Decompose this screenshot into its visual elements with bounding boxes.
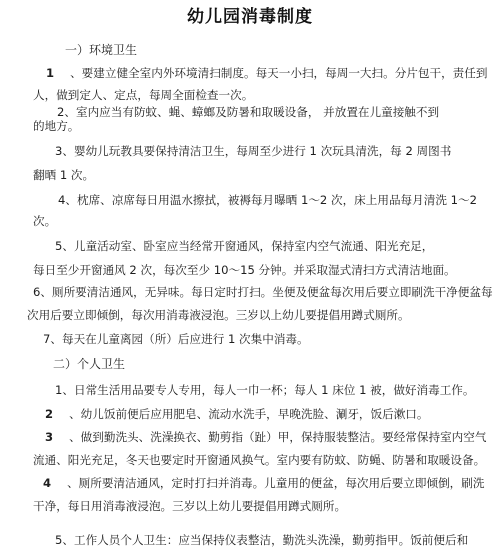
section2-item4-line1: 4、厕所要清洁通风，定时打扫并消毒。儿童用的便盆，每次用后要立即倾倒，刷洗	[43, 476, 484, 490]
item-text: 、要建立健全室内外环境清扫制度。每天一小扫，每周一大扫。分片包干，责任到	[70, 66, 487, 80]
section2-item2-line1: 2、幼儿饭前便后应用肥皂、流动水洗手，早晚洗脸、涮牙，饭后漱口。	[45, 407, 429, 421]
item-text: 、儿童活动室、卧室应当经常开窗通风，保持室内空气流通、阳光充足，	[62, 239, 433, 253]
section2-item3-line2: 流通、阳光充足，冬天也要定时开窗通风换气。室内要有防蚊、防蝇、防暑和取暖设备。	[33, 453, 485, 467]
section2-item5-line1: 5、工作人员个人卫生：应当保持仪表整洁，勤洗头洗澡，勤剪指甲。饭前便后和	[55, 533, 468, 547]
section1-item1-line1: 1、要建立健全室内外环境清扫制度。每天一小扫，每周一大扫。分片包干，责任到	[46, 66, 487, 80]
item-text: 、厕所要清洁通风，无异味。每日定时打扫。坐便及便盆每次用后要立即刷洗干净便盆每	[40, 285, 492, 299]
section1-item6-line1: 6、厕所要清洁通风，无异味。每日定时打扫。坐便及便盆每次用后要立即刷洗干净便盆每	[33, 285, 493, 299]
item-text: 、婴幼儿玩教具要保持清洁卫生，每周至少进行 1 次玩具清洗，每 2 周图书	[62, 144, 451, 158]
item-text: 、做到勤洗头、洗澡换衣、勤剪指（趾）甲，保持服装整洁。要经常保持室内空气	[69, 430, 486, 444]
item-text: 、每天在儿童离园（所）后应进行 1 次集中消毒。	[50, 332, 308, 346]
section1-item5-line2: 每日至少开窗通风 2 次，每次至少 10～15 分钟。并采取湿式清扫方式清洁地面…	[33, 263, 456, 277]
section1-item7-line1: 7、每天在儿童离园（所）后应进行 1 次集中消毒。	[43, 332, 309, 346]
section1-item3-line2: 翻晒 1 次。	[33, 168, 94, 182]
document-page: 幼儿园消毒制度 一）环境卫生 1、要建立健全室内外环境清扫制度。每天一小扫，每周…	[0, 0, 500, 552]
section-heading-personal: 二）个人卫生	[53, 357, 125, 371]
section1-item6-line2: 次用后要立即倾倒，每次用消毒液浸泡。三岁以上幼儿要提倡用蹲式厕所。	[27, 308, 410, 322]
section2-item4-line2: 干净，每日用消毒液浸泡。三岁以上幼儿要提倡用蹲式厕所。	[33, 499, 346, 513]
item-text: 、厕所要清洁通风，定时打扫并消毒。儿童用的便盆，每次用后要立即倾倒，刷洗	[67, 476, 484, 490]
section1-item5-line1: 5、儿童活动室、卧室应当经常开窗通风，保持室内空气流通、阳光充足，	[55, 239, 433, 253]
item-text: 、室内应当有防蚊、蝇、蟑螂及防暑和取暖设备， 并放置在儿童接触不到	[64, 105, 439, 119]
section-heading-environment: 一）环境卫生	[65, 43, 137, 57]
item-number: 1	[46, 66, 54, 80]
section1-item1-line2: 人，做到定人、定点，每周全面检查一次。	[33, 88, 253, 102]
item-number: 4	[43, 476, 51, 490]
section1-item4-line1: 4、枕席、凉席每日用温水擦拭，被褥每月曝晒 1～2 次，床上用品每月清洗 1～2	[58, 193, 477, 207]
section1-item2-line2: 的地方。	[33, 119, 79, 133]
item-text: 、枕席、凉席每日用温水擦拭，被褥每月曝晒 1～2 次，床上用品每月清洗 1～2	[65, 193, 477, 207]
section1-item4-line2: 次。	[33, 214, 56, 228]
item-text: 、日常生活用品要专人专用，每人一巾一杯；每人 1 床位 1 被，做好消毒工作。	[62, 383, 474, 397]
section2-item3-line1: 3、做到勤洗头、洗澡换衣、勤剪指（趾）甲，保持服装整洁。要经常保持室内空气	[45, 430, 486, 444]
item-text: 、幼儿饭前便后应用肥皂、流动水洗手，早晚洗脸、涮牙，饭后漱口。	[69, 407, 428, 421]
item-number: 3	[45, 430, 53, 444]
document-title: 幼儿园消毒制度	[0, 2, 500, 27]
section1-item3-line1: 3、婴幼儿玩教具要保持清洁卫生，每周至少进行 1 次玩具清洗，每 2 周图书	[55, 144, 451, 158]
section2-item1-line1: 1、日常生活用品要专人专用，每人一巾一杯；每人 1 床位 1 被，做好消毒工作。	[55, 383, 474, 397]
section1-item2-line1: 2、室内应当有防蚊、蝇、蟑螂及防暑和取暖设备， 并放置在儿童接触不到	[57, 105, 439, 119]
item-number: 2	[45, 407, 53, 421]
item-text: 、工作人员个人卫生：应当保持仪表整洁，勤洗头洗澡，勤剪指甲。饭前便后和	[62, 533, 468, 547]
